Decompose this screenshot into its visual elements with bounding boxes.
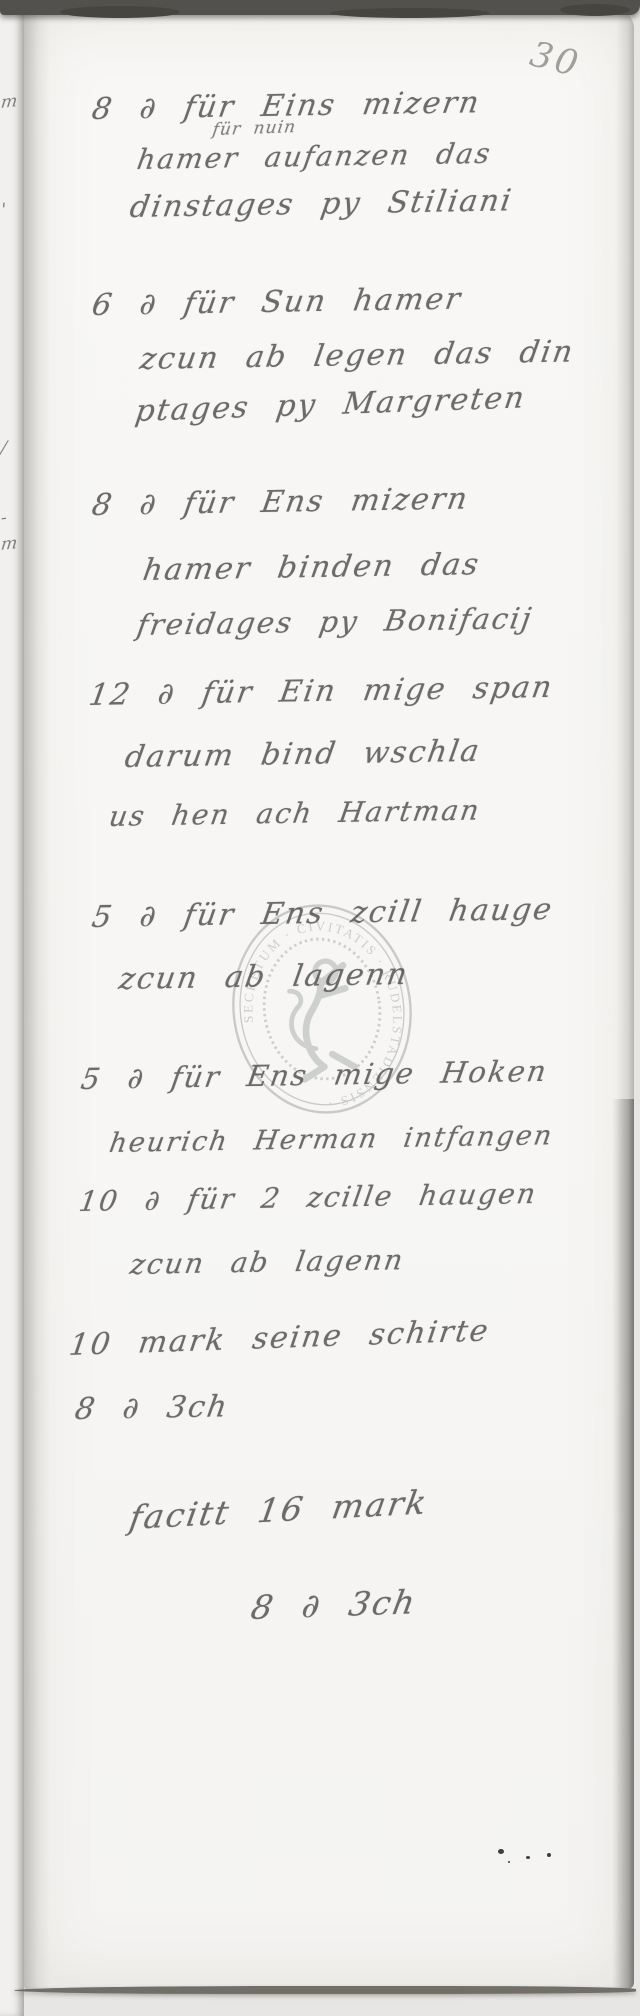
- page-top-edge-ragged: [560, 4, 630, 16]
- previous-page-edge: m ' / - m: [0, 8, 24, 2016]
- page-right-edge-shadow: [612, 1099, 634, 1990]
- summary-total-line-2: 8 ∂ 3ch: [248, 1582, 420, 1627]
- scan-background: m ' / - m 30 8 ∂ für Eins mizern für nui…: [0, 0, 640, 2016]
- page-top-edge: [0, 0, 640, 15]
- entry-5-line-2: zcun ab lagenn: [116, 957, 411, 997]
- entry-7-line-2: zcun ab lagenn: [128, 1243, 407, 1281]
- margin-stroke-fragment: m: [0, 91, 19, 113]
- margin-stroke-fragment: -: [0, 508, 9, 529]
- binding-fold-shadow: [24, 10, 50, 1990]
- margin-stroke-fragment: m: [0, 533, 19, 555]
- ink-speck: [547, 1853, 551, 1857]
- page-top-edge-ragged: [330, 8, 490, 18]
- entry-4-line-2: darum bind wschla: [122, 734, 483, 775]
- entry-4-line-3: us hen ach Hartman: [107, 794, 484, 833]
- entry-3-line-1: 8 ∂ für Ens mizern: [89, 481, 471, 523]
- ink-speck: [498, 1849, 504, 1854]
- page-top-edge-ragged: [60, 6, 180, 18]
- entry-8-line-2: 8 ∂ 3ch: [72, 1389, 231, 1427]
- ink-speck: [526, 1856, 530, 1859]
- entry-1-line-2: hamer aufanzen das: [135, 137, 494, 176]
- entry-2-line-1: 6 ∂ für Sun hamer: [89, 282, 464, 323]
- ink-speck: [508, 1861, 510, 1863]
- entry-3-line-2: hamer binden das: [140, 547, 482, 588]
- margin-stroke-fragment: ': [0, 200, 8, 220]
- margin-stroke-fragment: /: [0, 438, 9, 459]
- entry-1-line-3: dinstages py Stiliani: [127, 183, 515, 225]
- entry-1-interline-note: für nuin: [211, 117, 297, 140]
- entry-3-line-3: freidages py Bonifacij: [135, 601, 536, 642]
- page-bottom-edge: [14, 1986, 636, 1994]
